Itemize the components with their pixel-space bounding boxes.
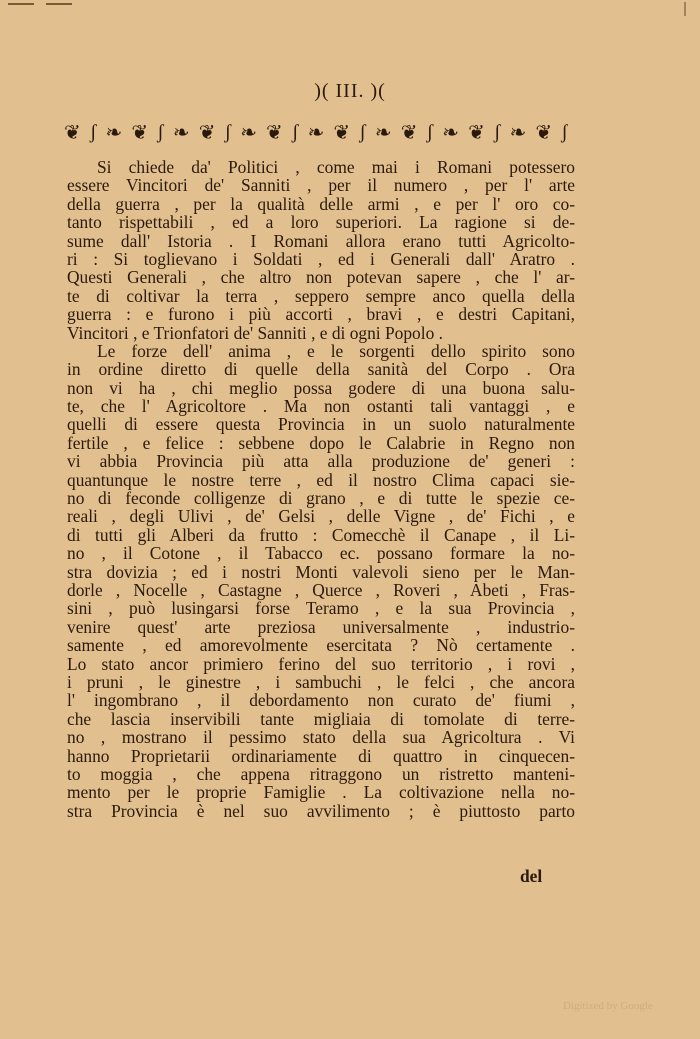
text-line: l' ingombrano , il debordamento non cura… (67, 691, 575, 709)
fleuron-icon: ʃ (90, 121, 97, 143)
text-line: guerra : e furono i più accorti , bravi … (67, 305, 575, 323)
text-line: fertile , e felice : sebbene dopo le Cal… (67, 434, 575, 452)
text-line: essere Vincitori de' Sanniti , per il nu… (67, 176, 575, 194)
text-line: te, che l' Agricoltore . Ma non ostanti … (67, 397, 575, 415)
fleuron-icon: ❧ (442, 121, 459, 143)
fleuron-icon: ❦ (199, 121, 216, 143)
text-line: vi abbia Provincia più atta alla produzi… (67, 452, 575, 470)
text-line: venire quest' arte preziosa universalmen… (67, 618, 575, 636)
text-line: di tutti gli Alberi da frutto : Comecchè… (67, 526, 575, 544)
text-line: stra dovizia ; ed i nostri Monti valevol… (67, 563, 575, 581)
text-line: to moggia , che appena ritraggono un ris… (67, 765, 575, 783)
decorative-ornament-band: ❦ʃ❧❦ʃ❧❦ʃ❧❦ʃ❧❦ʃ❧❦ʃ❧❦ʃ❧❦ʃ (64, 121, 568, 143)
body-text: Si chiede da' Politici , come mai i Roma… (67, 158, 575, 820)
text-line: che lascia inservibili tante migliaia di… (67, 710, 575, 728)
text-line: Si chiede da' Politici , come mai i Roma… (67, 158, 575, 176)
fleuron-icon: ❧ (173, 121, 190, 143)
text-line: mento per le proprie Famiglie . La colti… (67, 783, 575, 801)
text-line: stra Provincia è nel suo avvilimento ; è… (67, 802, 575, 820)
fleuron-icon: ʃ (427, 121, 434, 143)
text-line: no , il Cotone , il Tabacco ec. possano … (67, 544, 575, 562)
text-line: i pruni , le ginestre , i sambuchi , le … (67, 673, 575, 691)
text-line: tanto rispettabili , ed a loro superiori… (67, 213, 575, 231)
fleuron-icon: ❦ (64, 121, 81, 143)
text-line: hanno Proprietarii ordinariamente di qua… (67, 747, 575, 765)
text-line: Le forze dell' anima , e le sorgenti del… (67, 342, 575, 360)
fleuron-icon: ❦ (535, 121, 552, 143)
digitization-watermark: Digitized by Google (563, 1000, 653, 1012)
text-line: non vi ha , chi meglio possa godere di u… (67, 379, 575, 397)
text-line: reali , degli Ulivi , de' Gelsi , delle … (67, 507, 575, 525)
text-line: no di feconde colligenze di grano , e di… (67, 489, 575, 507)
fleuron-icon: ❧ (308, 121, 325, 143)
catchword: del (520, 866, 542, 887)
text-line: quelli di essere questa Provincia in un … (67, 415, 575, 433)
fleuron-icon: ʃ (494, 121, 501, 143)
fleuron-icon: ʃ (157, 121, 164, 143)
text-line: in ordine diretto di quelle della sanità… (67, 360, 575, 378)
fleuron-icon: ❧ (375, 121, 392, 143)
fleuron-icon: ❧ (240, 121, 257, 143)
text-line: te di coltivar la terra , seppero sempre… (67, 287, 575, 305)
scan-corner-marks (8, 3, 72, 5)
text-line: Lo stato ancor primiero ferino del suo t… (67, 655, 575, 673)
text-line: ri : Si toglievano i Soldati , ed i Gene… (67, 250, 575, 268)
fleuron-icon: ❦ (401, 121, 418, 143)
fleuron-icon: ❦ (131, 121, 148, 143)
text-line: Questi Generali , che altro non potevan … (67, 268, 575, 286)
text-line: quantunque le nostre terre , ed il nostr… (67, 471, 575, 489)
text-line: no , mostrano il pessimo stato della sua… (67, 728, 575, 746)
fleuron-icon: ❦ (333, 121, 350, 143)
fleuron-icon: ❦ (468, 121, 485, 143)
scan-edge-mark (684, 2, 686, 16)
fleuron-icon: ʃ (292, 121, 299, 143)
fleuron-icon: ʃ (561, 121, 568, 143)
fleuron-icon: ʃ (225, 121, 232, 143)
text-line: della guerra , per la qualità delle armi… (67, 195, 575, 213)
fleuron-icon: ❦ (266, 121, 283, 143)
text-line: sini , può lusingarsi forse Teramo , e l… (67, 599, 575, 617)
fleuron-icon: ʃ (359, 121, 366, 143)
text-line: dorle , Nocelle , Castagne , Querce , Ro… (67, 581, 575, 599)
fleuron-icon: ❧ (510, 121, 527, 143)
fleuron-icon: ❧ (106, 121, 123, 143)
text-line: Vincitori , e Trionfatori de' Sanniti , … (67, 324, 575, 342)
page-number-heading: )( III. )( (0, 80, 700, 103)
text-line: samente , ed amorevolmente esercitata ? … (67, 636, 575, 654)
text-line: sume dall' Istoria . I Romani allora era… (67, 232, 575, 250)
